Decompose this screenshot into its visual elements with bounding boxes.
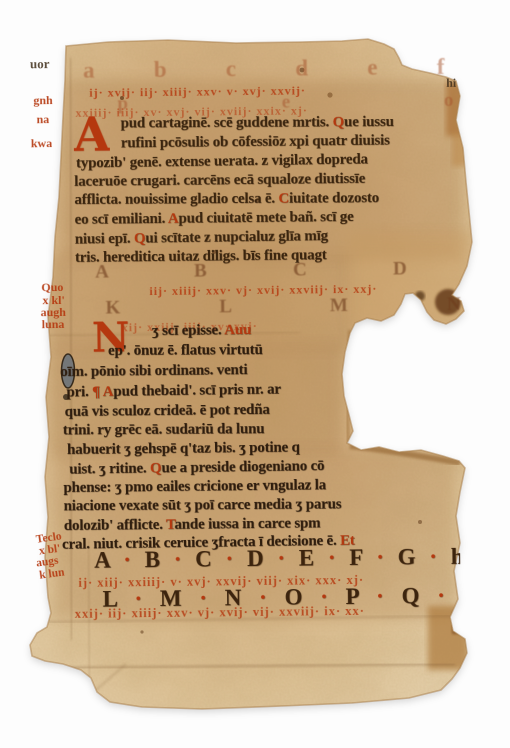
- table-bottom-numerals-row2: xxij· iij· xiiij· xxv· vj· xvij· vij· xx…: [75, 603, 465, 621]
- illuminated-initial-A: A: [73, 111, 110, 158]
- margin-note-mid-1: Quo: [41, 281, 63, 295]
- text-line: pud cartaginē. scē guddene mrtis. Que iu…: [121, 114, 466, 133]
- table-top-letters-row1: a b c d e f g h: [83, 54, 453, 84]
- text-line: quā vis sculoz crideā. ē pot redña: [65, 401, 347, 421]
- text-line: trini. ry grēc eā. sudariū da lunu: [63, 421, 347, 440]
- margin-note-top: uor: [30, 57, 50, 72]
- text-line: habuerit ʒ gehspē q'taz bis. ʒ potine q: [67, 438, 403, 459]
- text-line: rufini pcōsulis ob cōfessiōz xpi quatr d…: [121, 132, 466, 153]
- table-bottom-letters-row1: A · B · C · D · E · F · G · h · J · K: [94, 544, 460, 574]
- text-line: ʒ scī episse. Auu: [152, 321, 347, 340]
- margin-note-mid-4: luna: [42, 318, 65, 332]
- margin-note-red-2: na: [37, 113, 50, 127]
- text-line: afflicta. nouissime gladio celsa ē. Ciui…: [74, 190, 466, 210]
- margin-note-red-1: gnh: [33, 94, 53, 108]
- margin-note-red-3: kwa: [31, 137, 52, 151]
- text-line: oīm. pōnio sibi ordinans. venti: [60, 361, 346, 381]
- photo-background: uor hi gnh na kwa a b c d e f g h ij· xv…: [0, 0, 510, 748]
- text-line: pri. ¶ Apud thebaid'. scī pris nr. ar: [66, 381, 346, 402]
- text-line: typozib' genē. extense uerata. z vigilax…: [76, 150, 466, 173]
- text-line: phense: ʒ pmo eailes cricione er vngulaz…: [63, 476, 463, 497]
- manuscript-text-layer: uor hi gnh na kwa a b c d e f g h ij· xv…: [0, 0, 510, 748]
- table-mid-letters-row1: A B C D E F G h I: [95, 258, 465, 284]
- text-line: ep'. ōnuz ē. flatus virtutū: [108, 342, 346, 360]
- text-line: laceruōe crugari. carcēns ecā squaloze d…: [74, 170, 466, 191]
- table-mid-letters-row2: K L M N O P Q S: [105, 294, 465, 320]
- text-line: niacione vexate sūt ʒ poī carce media ʒ …: [64, 495, 464, 515]
- margin-note-bottom-4: k lun: [39, 566, 66, 582]
